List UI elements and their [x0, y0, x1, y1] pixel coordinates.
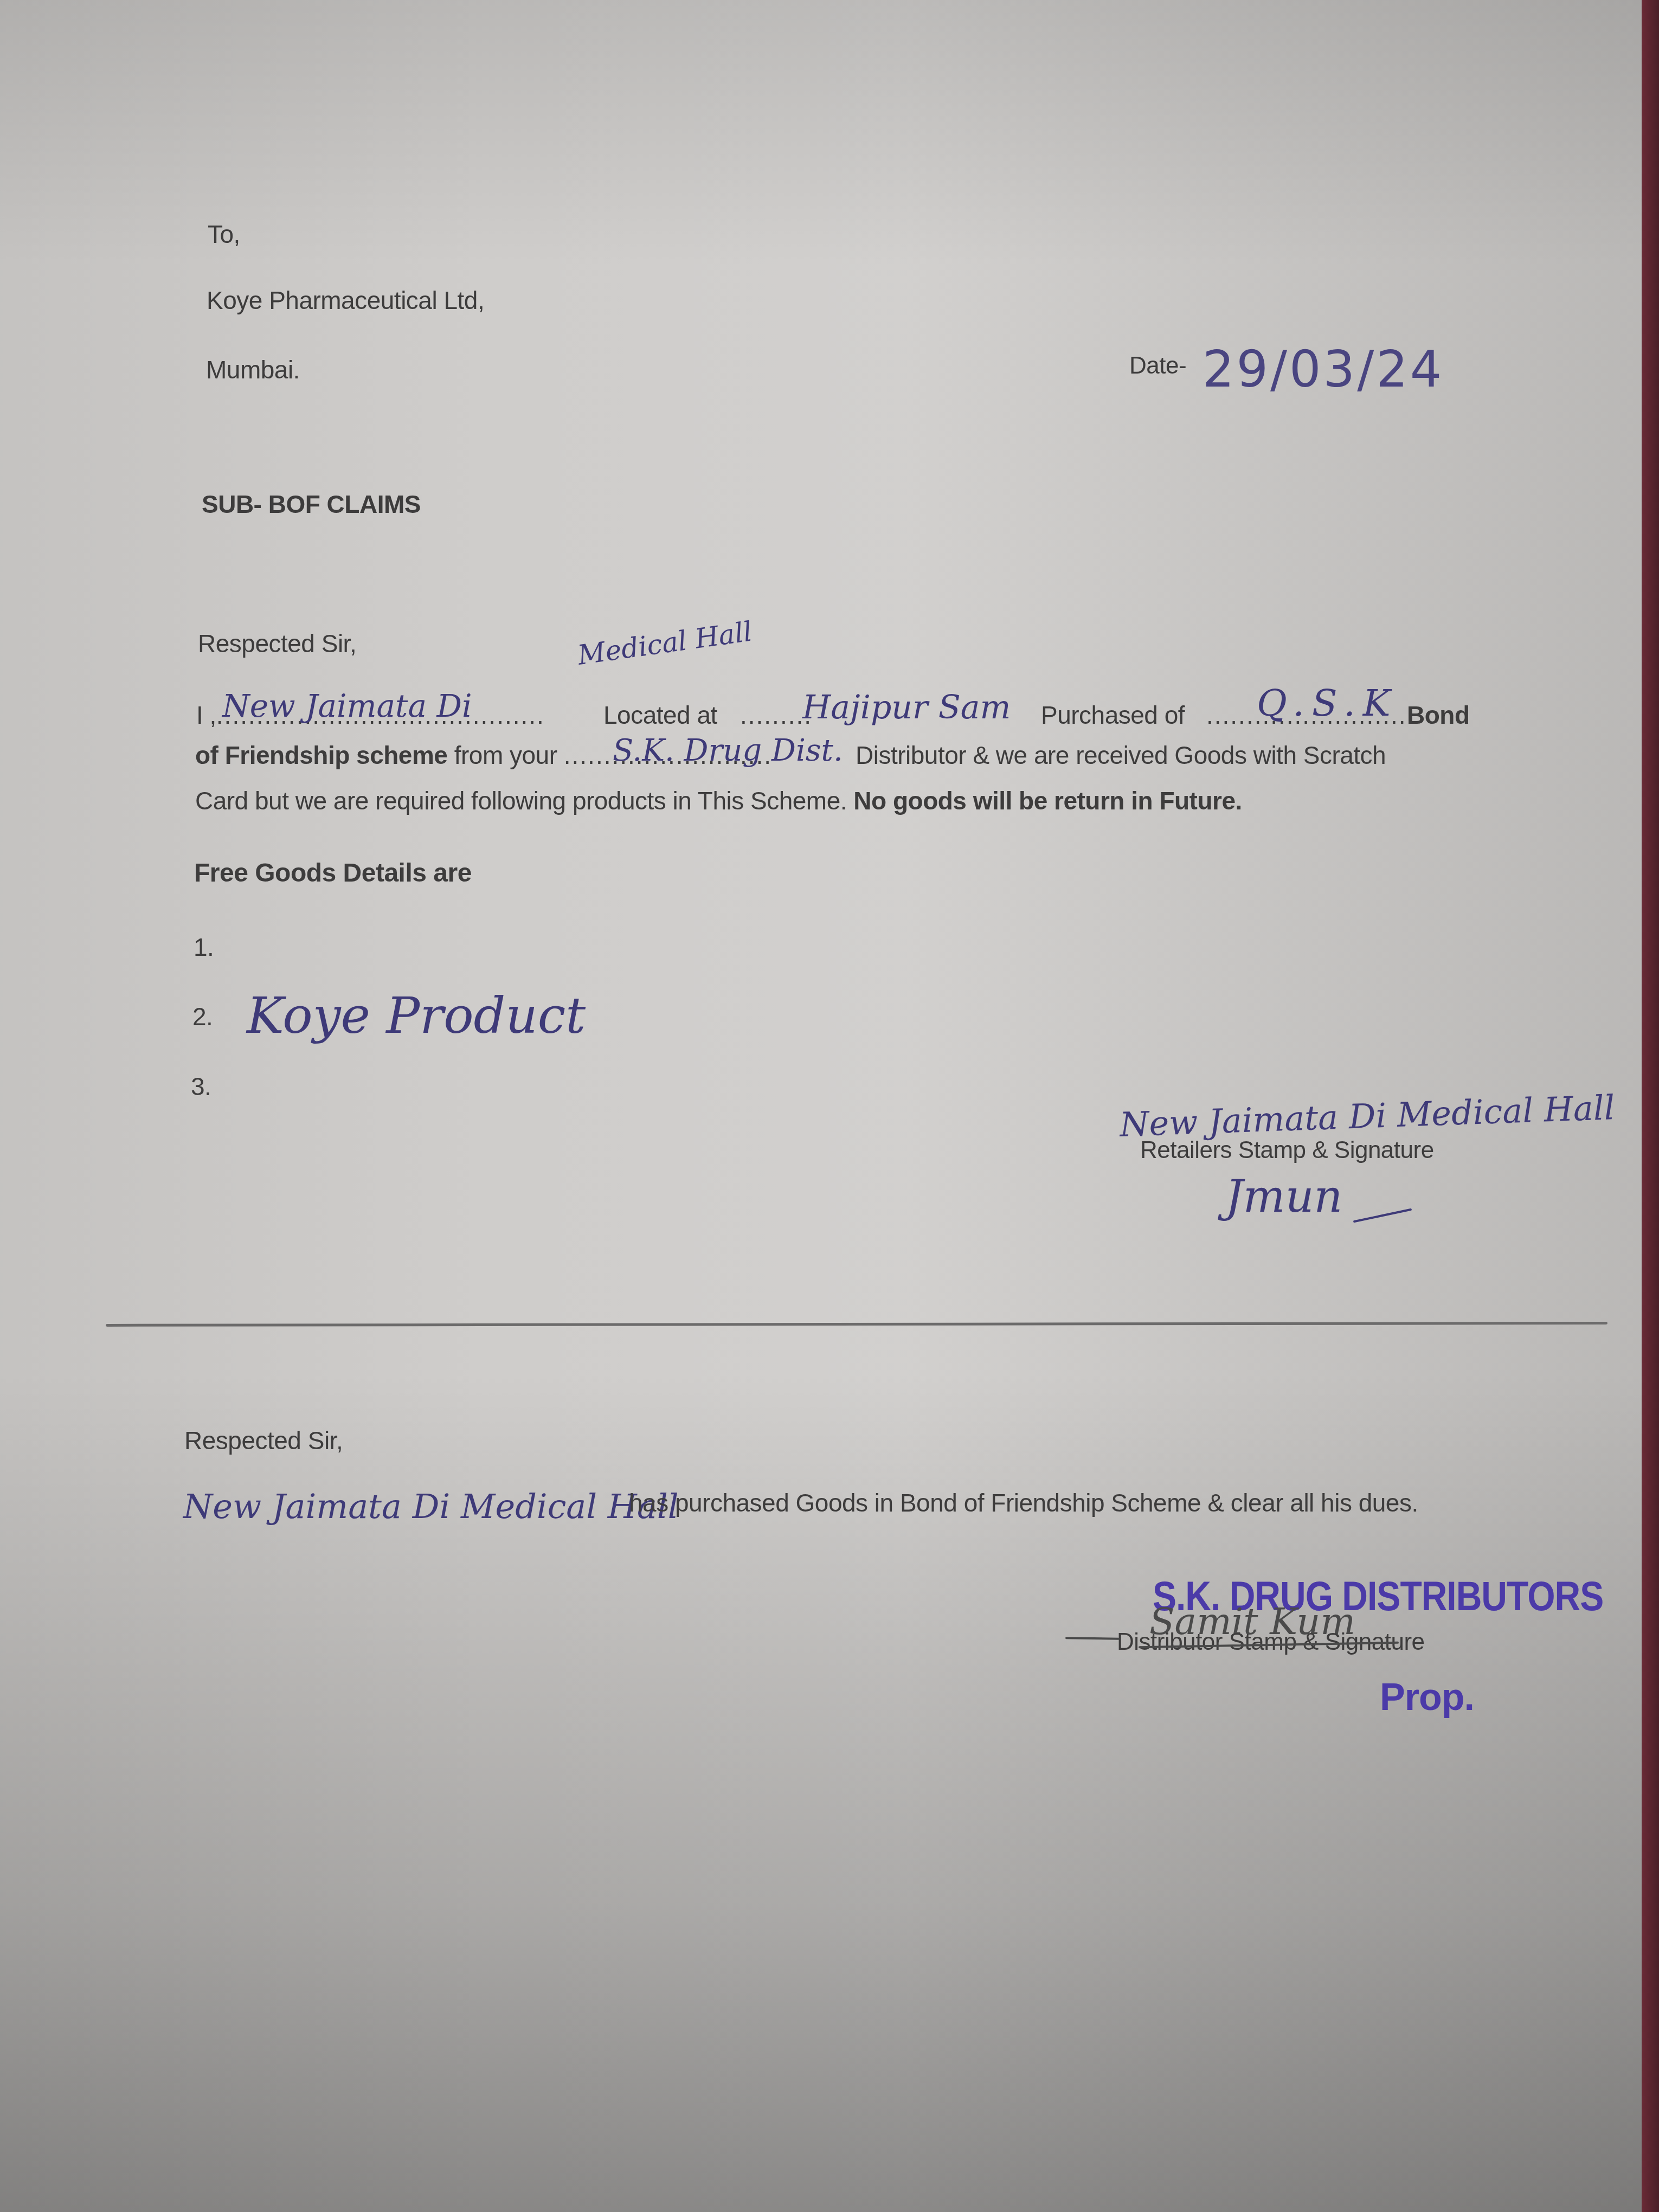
- scheme-name: of Friendship scheme: [195, 741, 447, 769]
- body-line-3: Card but we are required following produ…: [195, 786, 1242, 815]
- location-handwritten: Hajipur Sam: [802, 689, 1011, 726]
- free-goods-heading: Free Goods Details are: [194, 858, 472, 888]
- body-line-2-rest: Distributor & we are received Goods with…: [856, 741, 1386, 770]
- purchased-label: Purchased of: [1041, 700, 1185, 730]
- distributor-statement: has purchased Goods in Bond of Friendshi…: [629, 1488, 1418, 1517]
- retailer-signature: Jmun: [1225, 1171, 1342, 1223]
- bond-label: Bond: [1407, 700, 1470, 730]
- subject-line: SUB- BOF CLAIMS: [202, 490, 421, 519]
- distributor-salutation: Respected Sir,: [184, 1426, 343, 1455]
- distributor-handwritten: S.K. Drug Dist.: [613, 733, 843, 768]
- free-goods-item-1-number: 1.: [194, 933, 214, 962]
- free-goods-item-2-value: Koye Product: [247, 987, 586, 1045]
- recipient-city: Mumbai.: [206, 355, 300, 384]
- date-value: 29/03/24: [1203, 340, 1444, 398]
- no-return-notice: No goods will be return in Future.: [853, 787, 1242, 815]
- retailer-name-handwritten: New Jaimata Di: [222, 687, 472, 724]
- date-label: Date-: [1129, 352, 1186, 380]
- body-prefix: I ,: [196, 701, 216, 729]
- retailer-signature-label: Retailers Stamp & Signature: [1140, 1137, 1434, 1164]
- distributor-stamp-role: Prop.: [1380, 1675, 1474, 1719]
- to-label: To,: [208, 220, 240, 249]
- salutation: Respected Sir,: [198, 629, 356, 658]
- recipient-company: Koye Pharmaceutical Ltd,: [207, 286, 484, 315]
- located-dots: .........: [740, 700, 812, 730]
- from-label: from your: [454, 741, 557, 769]
- located-label: Located at: [603, 700, 717, 730]
- distributor-retailer-handwritten: New Jaimata Di Medical Hall: [183, 1487, 679, 1526]
- purchased-handwritten: Q.S.K: [1257, 682, 1398, 725]
- free-goods-item-2-number: 2.: [192, 1002, 213, 1031]
- body-line-3-regular: Card but we are required following produ…: [195, 787, 847, 815]
- free-goods-item-3-number: 3.: [191, 1072, 211, 1101]
- background-edge: [1642, 0, 1659, 2212]
